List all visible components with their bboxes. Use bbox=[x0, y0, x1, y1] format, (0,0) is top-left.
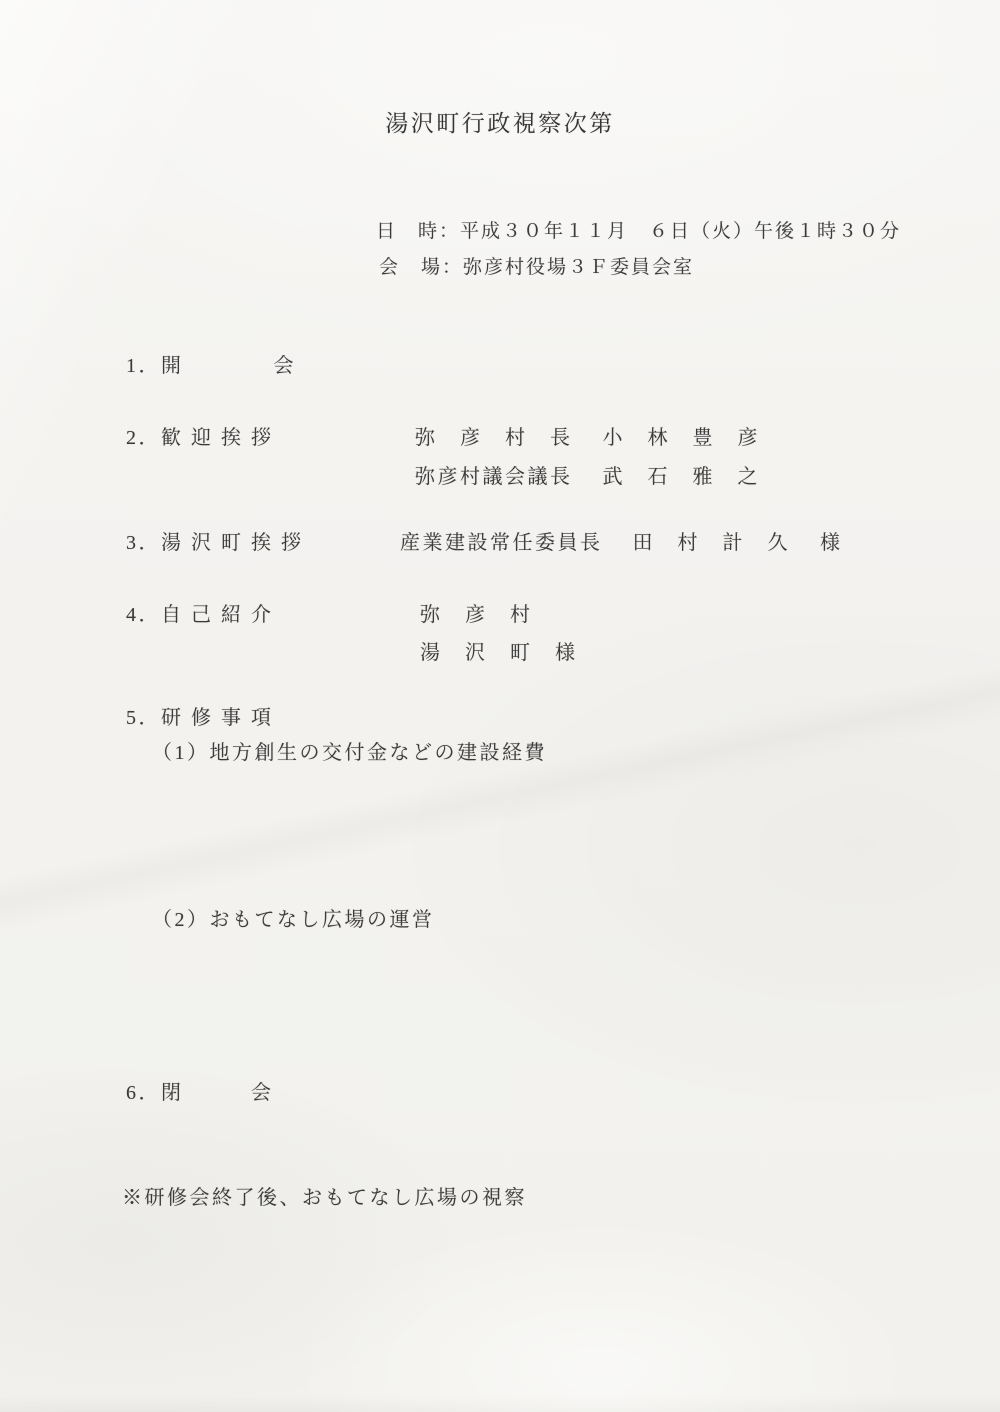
agenda-item-4-self-introduction: 4．自 己 紹 介 bbox=[126, 603, 274, 627]
item-label: 湯 沢 町 挨 拶 bbox=[161, 532, 304, 554]
agenda-item-2-detail-assembly-chair: 弥彦村議会議長 武 石 雅 之 bbox=[415, 465, 760, 489]
footnote: ※研修会終了後、おもてなし広場の視察 bbox=[122, 1186, 527, 1210]
item-label: 自 己 紹 介 bbox=[161, 604, 274, 626]
document-title: 湯沢町行政視察次第 bbox=[0, 110, 1000, 138]
agenda-item-5-training-topics: 5．研 修 事 項 bbox=[126, 706, 274, 730]
item-label: 研 修 事 項 bbox=[161, 707, 274, 729]
item-number: 2． bbox=[126, 427, 161, 449]
scanned-document-page: 湯沢町行政視察次第 日 時：平成３０年１１月 ６日（火）午後１時３０分 会 場：… bbox=[0, 0, 1000, 1412]
meta-datetime: 日 時：平成３０年１１月 ６日（火）午後１時３０分 bbox=[376, 221, 901, 244]
agenda-item-6-closing: 6．閉 会 bbox=[126, 1081, 274, 1105]
item-number: 1． bbox=[126, 355, 161, 377]
item-number: 3． bbox=[126, 532, 161, 554]
agenda-item-2-detail-mayor: 弥 彦 村 長 小 林 豊 彦 bbox=[415, 426, 760, 450]
agenda-item-5-subitem-1: （1）地方創生の交付金などの建設経費 bbox=[152, 741, 547, 765]
meta-venue: 会 場：弥彦村役場３Ｆ委員会室 bbox=[379, 257, 694, 280]
item-label: 歓 迎 挨 拶 bbox=[161, 427, 274, 449]
item-label: 開 会 bbox=[161, 355, 296, 377]
agenda-item-3-yuzawa-greeting: 3．湯 沢 町 挨 拶 bbox=[126, 531, 304, 555]
agenda-item-3-detail-committee-chair: 産業建設常任委員長 田 村 計 久 様 bbox=[400, 531, 843, 555]
agenda-item-2-welcome-greeting: 2．歓 迎 挨 拶 bbox=[126, 426, 274, 450]
item-number: 6． bbox=[126, 1082, 161, 1104]
agenda-item-5-subitem-2: （2）おもてなし広場の運営 bbox=[152, 908, 435, 932]
agenda-item-4-detail-yahiko: 弥 彦 村 bbox=[420, 603, 533, 627]
item-number: 4． bbox=[126, 604, 161, 626]
agenda-item-4-detail-yuzawa: 湯 沢 町 様 bbox=[420, 641, 578, 665]
item-label: 閉 会 bbox=[161, 1082, 274, 1104]
agenda-item-1-opening: 1．開 会 bbox=[126, 354, 296, 378]
item-number: 5． bbox=[126, 707, 161, 729]
